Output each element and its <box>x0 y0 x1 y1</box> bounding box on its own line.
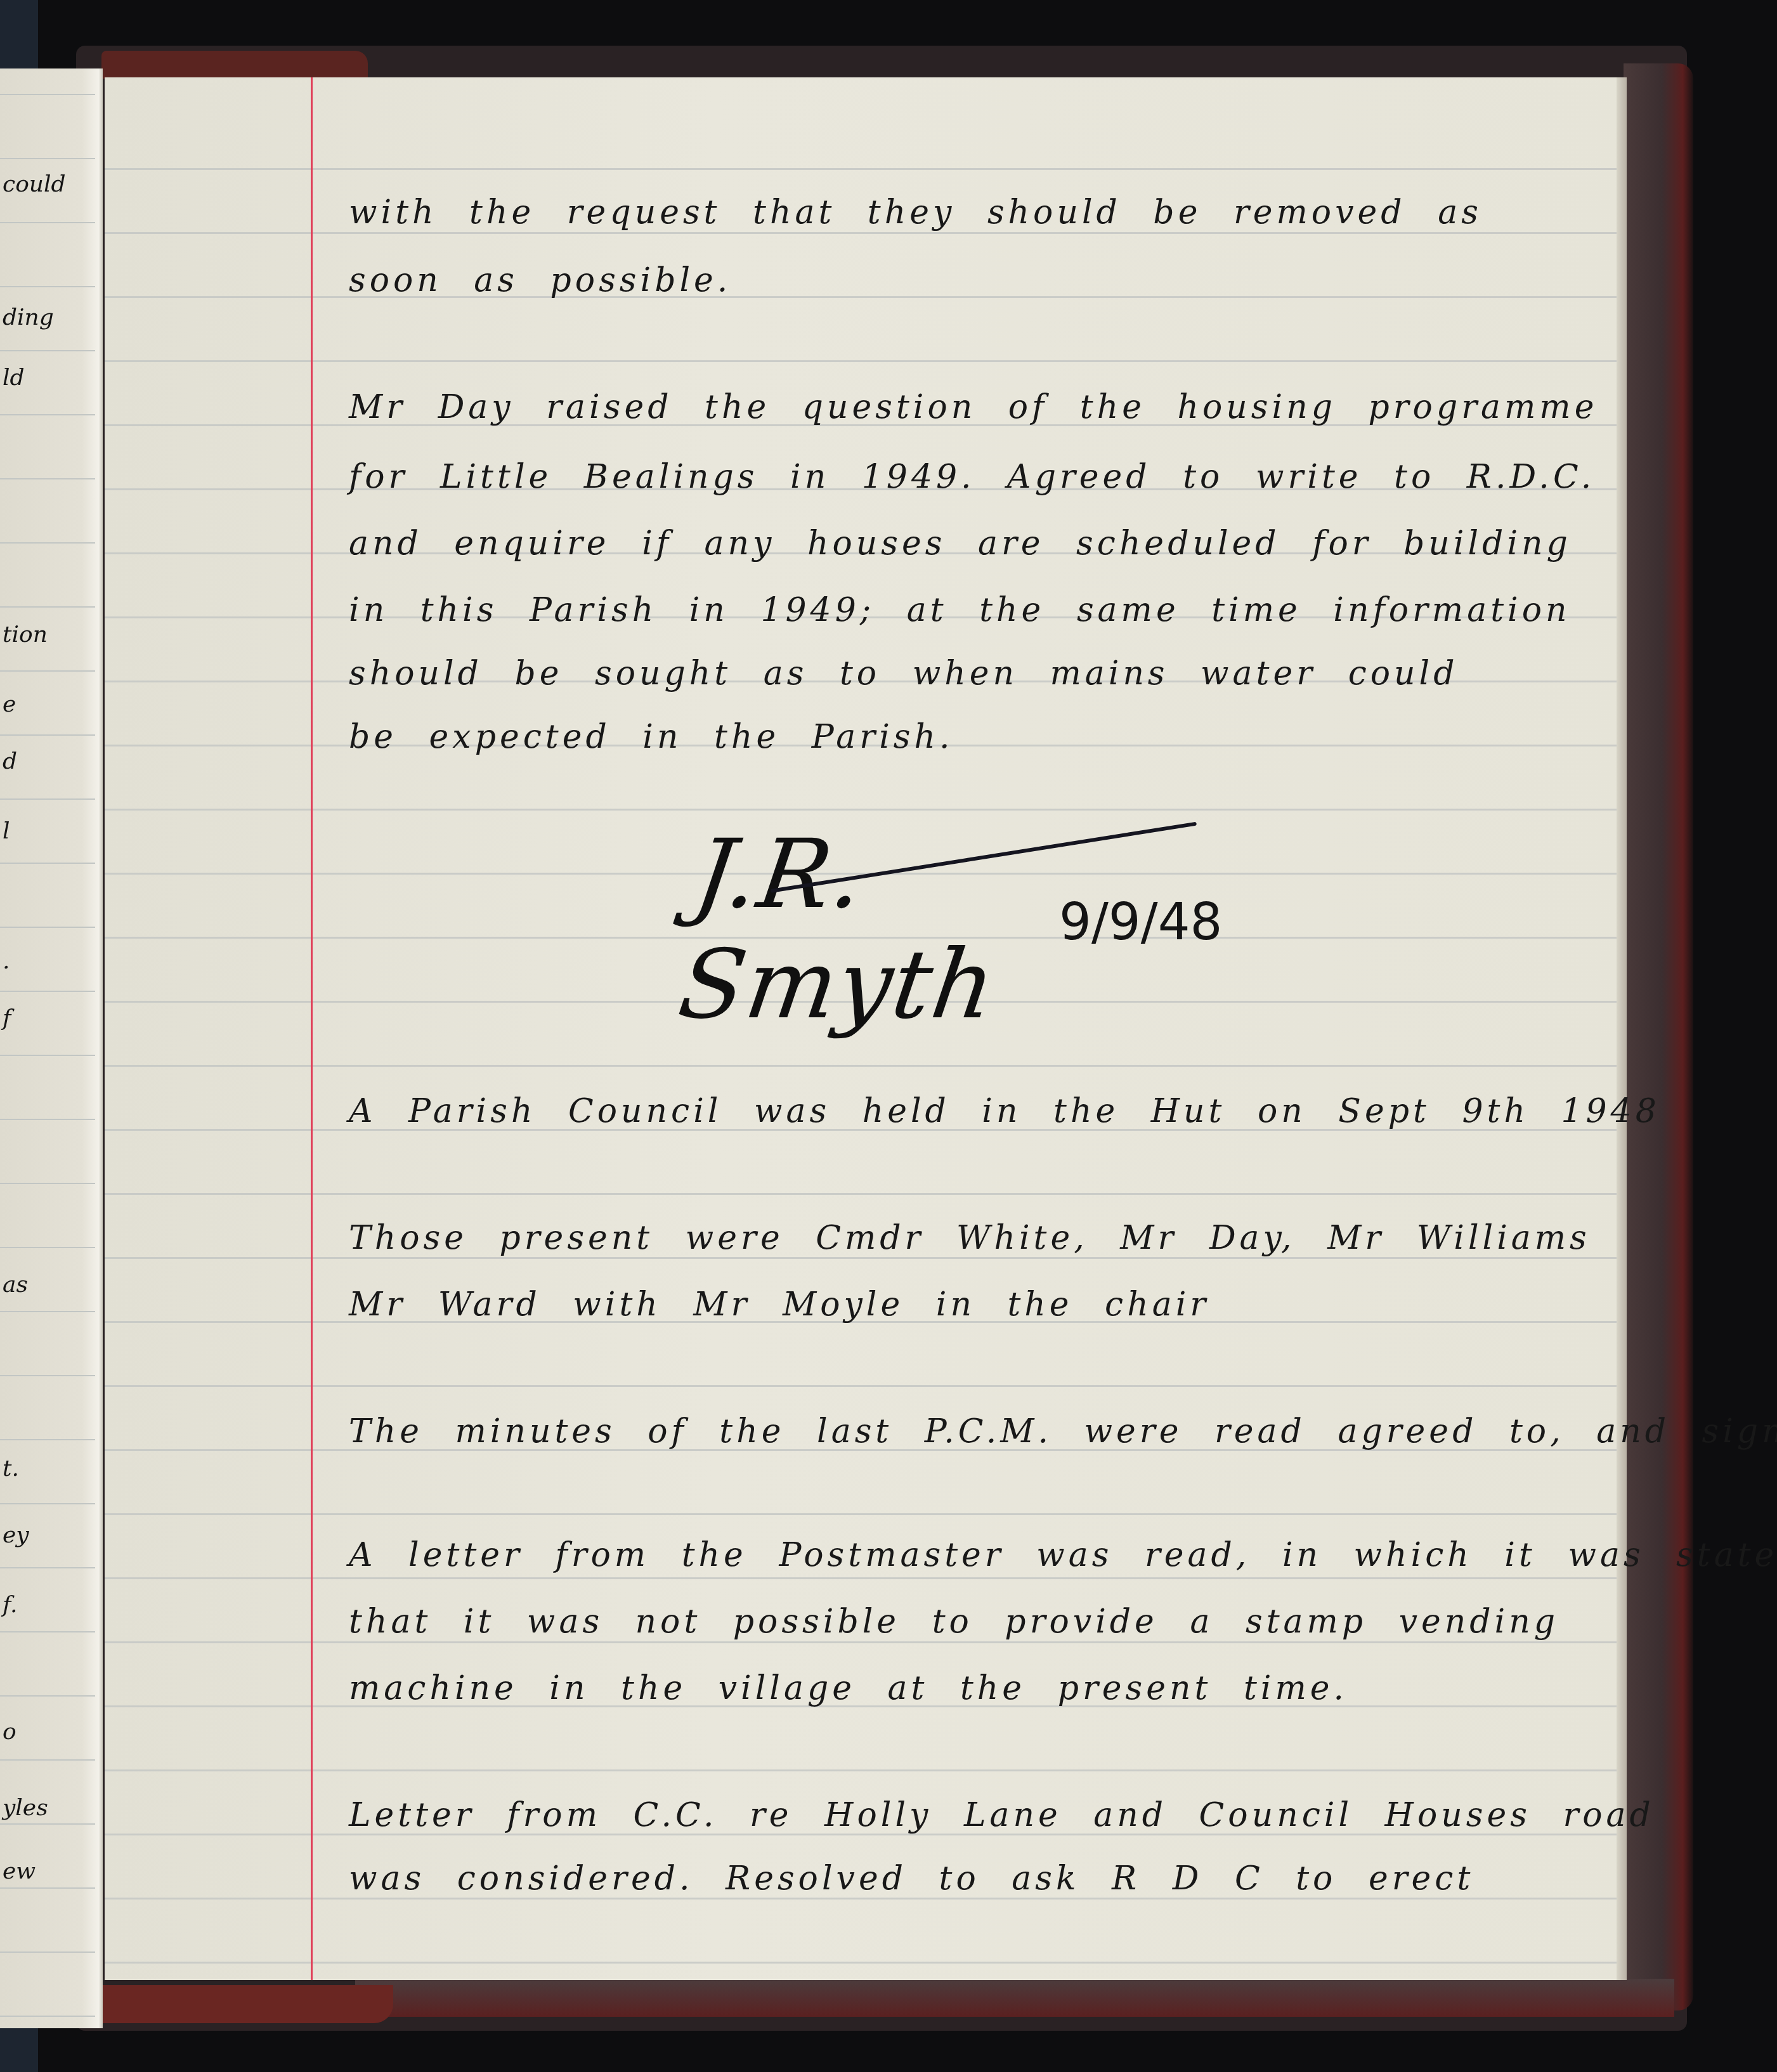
minute-line: with the request that they should be rem… <box>349 193 1482 231</box>
minute-page: with the request that they should be rem… <box>105 77 1627 1980</box>
ruled-line <box>0 222 95 223</box>
ruled-line <box>0 1375 95 1376</box>
minute-line: Those present were Cmdr White, Mr Day, M… <box>349 1219 1591 1257</box>
ruled-line <box>0 670 95 672</box>
page-edge <box>1617 77 1627 1980</box>
cover-right-edge <box>1624 63 1693 2010</box>
ruled-line <box>0 606 95 608</box>
ruled-line <box>105 1641 1627 1643</box>
minute-line: machine in the village at the present ti… <box>349 1669 1348 1707</box>
signature-date: 9/9/48 <box>1059 892 1223 951</box>
ruled-line <box>0 158 95 159</box>
chairman-signature: J.R. Smyth 9/9/48 <box>688 781 1170 984</box>
previous-page-strip: coulddingldtionedl.fast.eyf.oylesew <box>0 68 103 2028</box>
meeting-heading: A Parish Council was held in the Hut on … <box>349 1092 1660 1130</box>
ruled-line <box>105 1257 1627 1259</box>
ruled-line <box>105 1513 1627 1515</box>
ruled-line <box>105 360 1627 362</box>
minute-line: Mr Ward with Mr Moyle in the chair <box>349 1286 1209 1324</box>
ruled-line <box>105 168 1627 170</box>
previous-page-text-fragment: e <box>3 691 16 717</box>
ruled-line <box>105 1385 1627 1387</box>
ruled-line <box>0 542 95 544</box>
ruled-line <box>105 232 1627 234</box>
ruled-line <box>0 1439 95 1440</box>
ruled-line <box>0 1823 95 1825</box>
minute-line: that it was not possible to provide a st… <box>349 1603 1559 1641</box>
minute-line: Mr Day raised the question of the housin… <box>349 388 1598 426</box>
ruled-line <box>105 1577 1627 1579</box>
ruled-line <box>0 1695 95 1697</box>
minute-line: The minutes of the last P.C.M. were read… <box>349 1412 1777 1450</box>
ruled-line <box>0 1119 95 1120</box>
ruled-line <box>105 1769 1627 1771</box>
minute-line: and enquire if any houses are scheduled … <box>349 525 1572 563</box>
minute-line: be expected in the Parish. <box>349 718 954 756</box>
ruled-line <box>0 414 95 415</box>
ruled-line <box>105 1898 1627 1899</box>
previous-page-text-fragment: tion <box>3 622 48 648</box>
ruled-line <box>0 1759 95 1761</box>
ruled-line <box>0 1247 95 1248</box>
cover-worn-edge-top <box>101 51 368 79</box>
ruled-line <box>0 927 95 928</box>
ruled-line <box>105 1193 1627 1195</box>
margin-rule <box>311 77 313 1980</box>
ruled-line <box>105 1962 1627 1964</box>
previous-page-text-fragment: ew <box>3 1858 36 1884</box>
previous-page-text-fragment: d <box>3 748 17 774</box>
ruled-line <box>0 1311 95 1312</box>
ruled-line <box>105 296 1627 298</box>
ruled-line <box>0 1503 95 1504</box>
previous-page-text-fragment: as <box>3 1272 28 1298</box>
ruled-line <box>0 286 95 287</box>
previous-page-text-fragment: ey <box>3 1522 29 1548</box>
previous-page-text-fragment: yles <box>3 1795 48 1821</box>
ruled-line <box>0 1055 95 1056</box>
cover-bottom-edge <box>355 1979 1674 2017</box>
ruled-line <box>0 94 95 95</box>
ruled-line <box>0 2016 95 2017</box>
previous-page-text-fragment: ding <box>3 304 54 330</box>
ruled-line <box>0 478 95 479</box>
ruled-line <box>0 991 95 992</box>
previous-page-text-fragment: t. <box>3 1456 19 1482</box>
ruled-line <box>0 863 95 864</box>
minute-line: should be sought as to when mains water … <box>349 655 1459 693</box>
minute-line: was considered. Resolved to ask R D C to… <box>349 1860 1474 1898</box>
ruled-line <box>0 350 95 351</box>
ruled-line <box>0 734 95 736</box>
minute-line: in this Parish in 1949; at the same time… <box>349 591 1571 629</box>
ruled-line <box>105 1065 1627 1067</box>
previous-page-text-fragment: f <box>3 1005 11 1031</box>
ruled-line <box>0 1183 95 1184</box>
ruled-line <box>0 1631 95 1632</box>
previous-page-text-fragment: . <box>3 948 10 974</box>
previous-page-text-fragment: f. <box>3 1592 17 1618</box>
ruled-line <box>0 798 95 800</box>
previous-page-text-fragment: o <box>3 1719 16 1745</box>
ruled-line <box>0 1887 95 1889</box>
previous-page-text-fragment: ld <box>3 365 25 391</box>
previous-page-text-fragment: l <box>3 818 10 844</box>
minute-line: Letter from C.C. re Holly Lane and Counc… <box>349 1796 1655 1834</box>
previous-page-text-fragment: could <box>3 171 66 197</box>
ruled-line <box>0 1951 95 1953</box>
minute-line: A letter from the Postmaster was read, i… <box>349 1536 1777 1574</box>
minute-line: for Little Bealings in 1949. Agreed to w… <box>349 458 1595 496</box>
minute-line: soon as possible. <box>349 261 731 299</box>
ruled-line <box>0 1567 95 1568</box>
